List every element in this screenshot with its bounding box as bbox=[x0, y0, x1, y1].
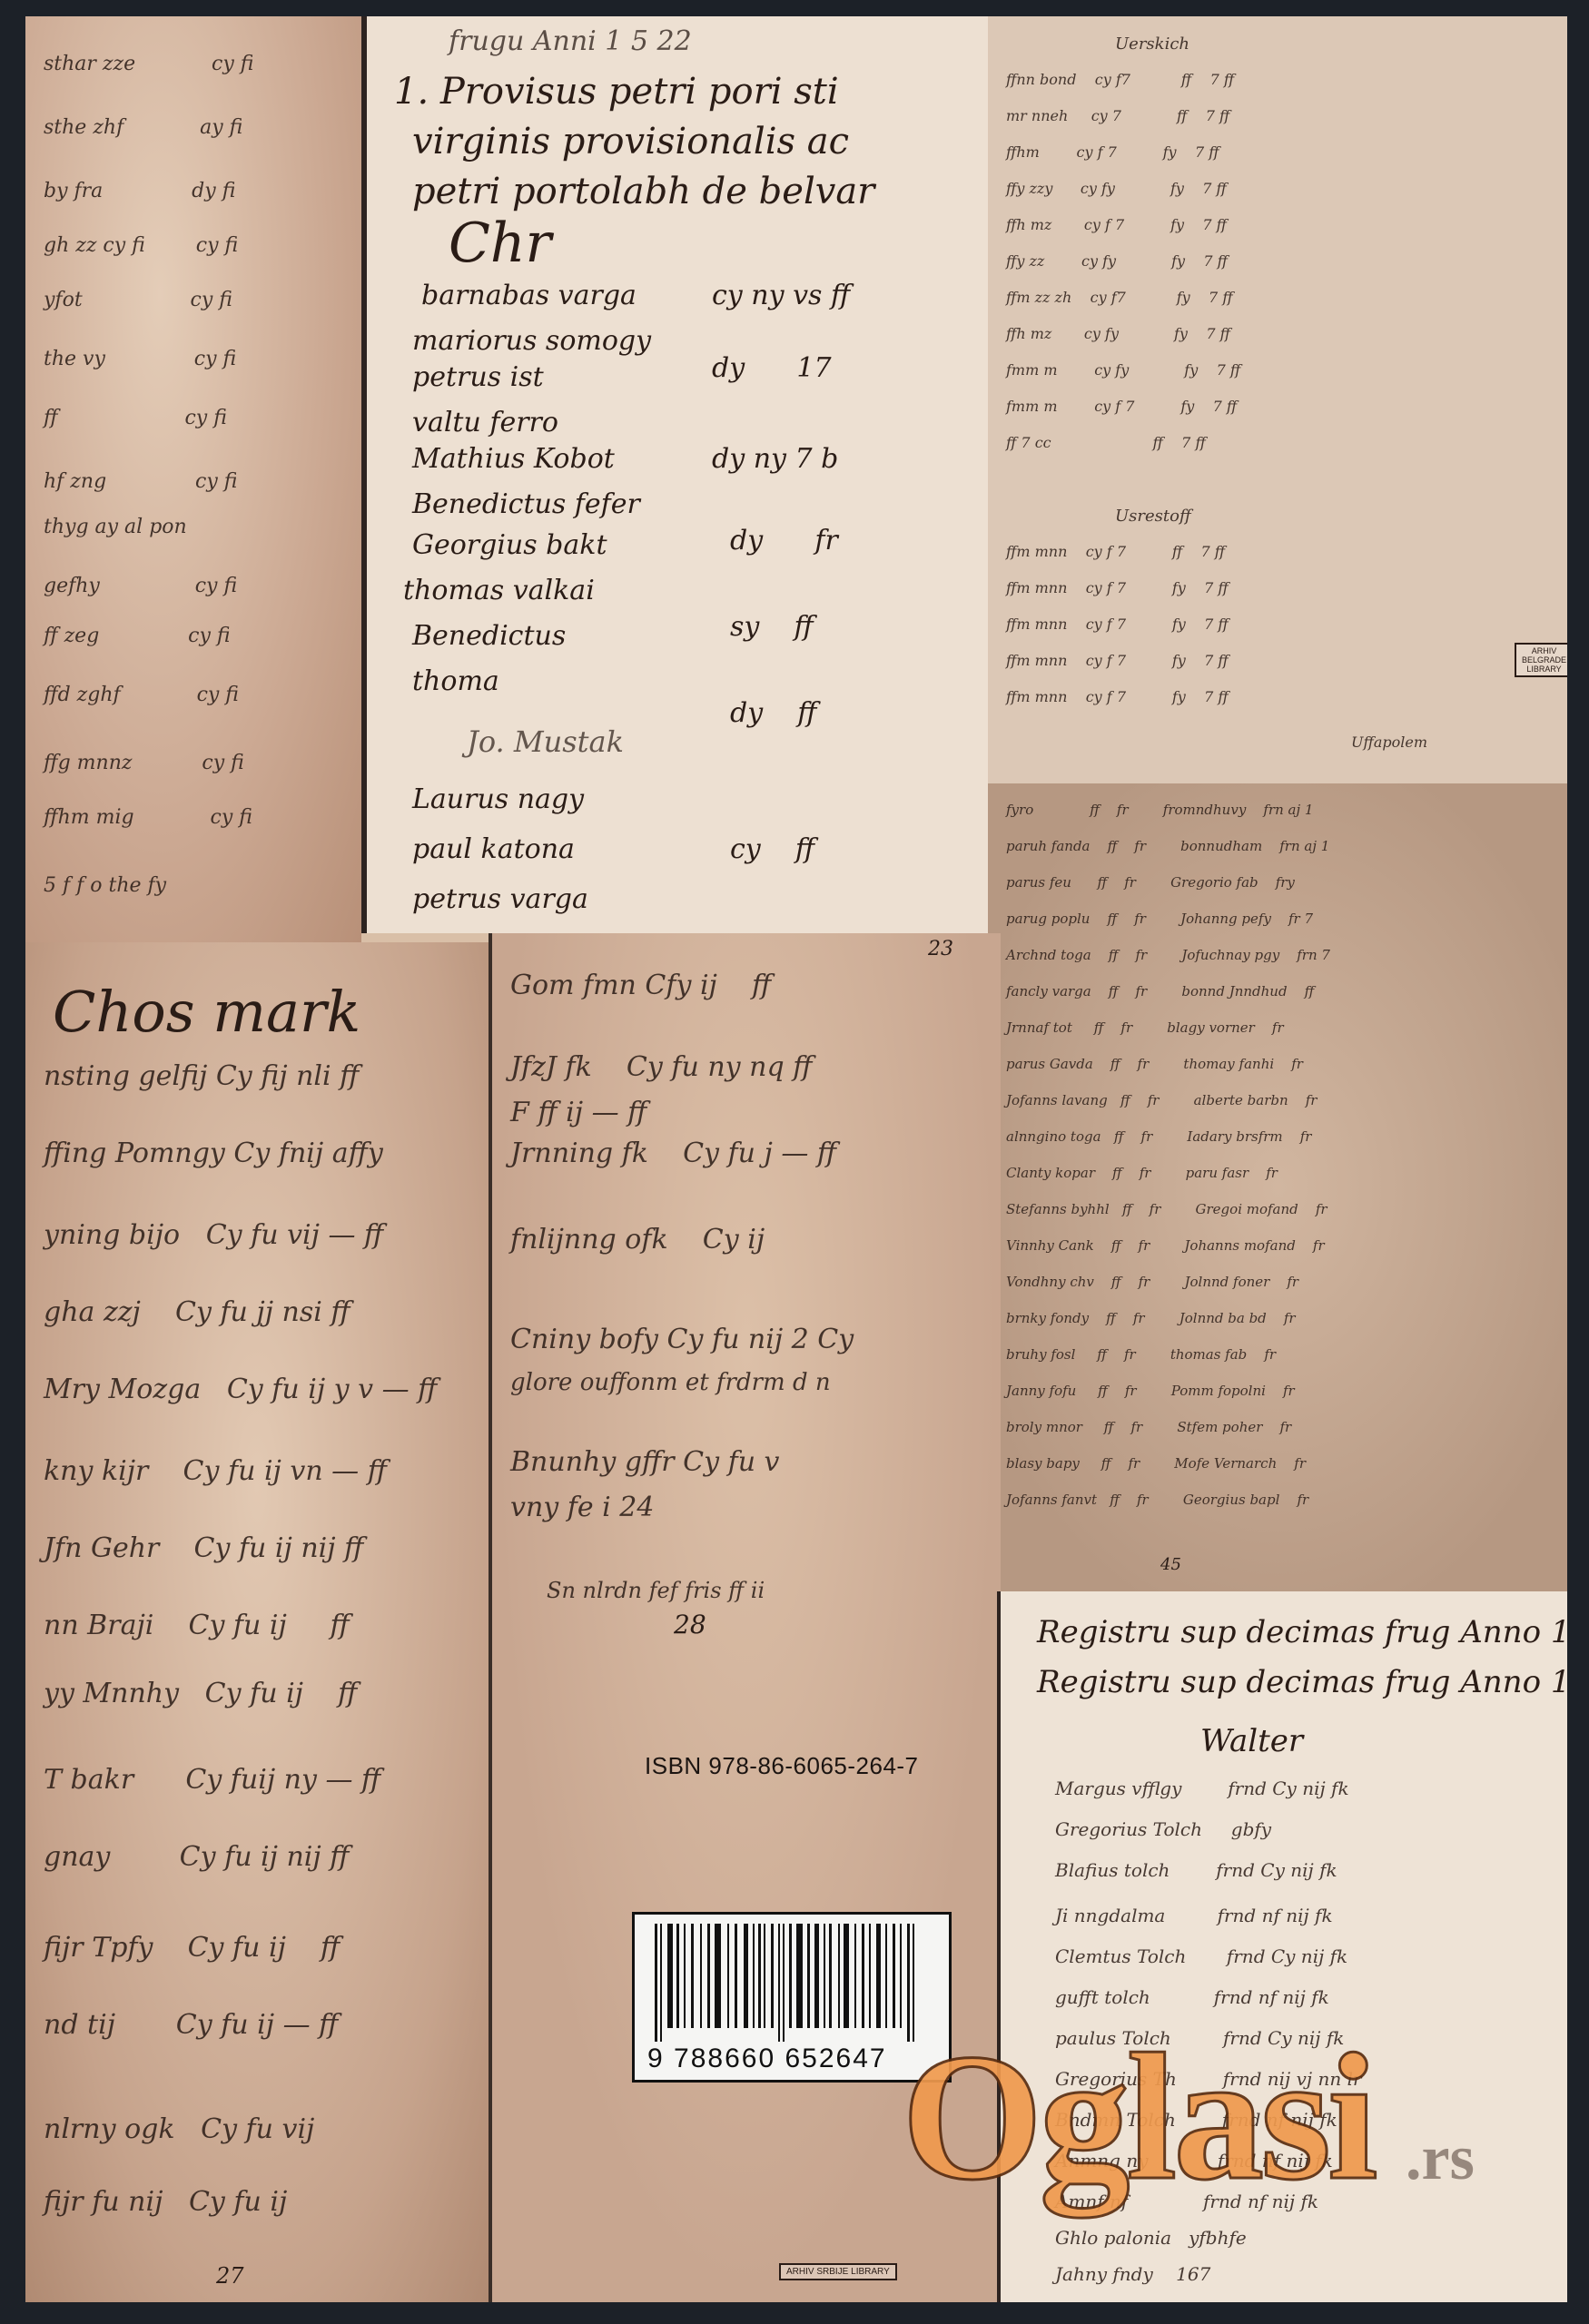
manuscript-title-line: Registru sup decimas frug Anno 15 21 bbox=[1037, 1664, 1567, 1700]
manuscript-entry: paul katona bbox=[412, 833, 575, 865]
book-back-cover: sthar zze cy fi sthe zhf ay fi by fra dy… bbox=[25, 16, 1567, 2302]
manuscript-heading: Chos mark bbox=[53, 979, 360, 1045]
manuscript-entry: Mathius Kobot bbox=[412, 443, 615, 475]
manuscript-entry: petrus varga bbox=[412, 883, 588, 915]
watermark-tld: .rs bbox=[1406, 2122, 1475, 2195]
manuscript-title-line: Registru sup decimas frug Anno 15 21 bbox=[1037, 1614, 1567, 1650]
manuscript-entry: petrus ist bbox=[412, 361, 544, 393]
manuscript-title-line: 1. Provisus petri pori sti bbox=[394, 71, 839, 113]
manuscript-entry: mariorus somogy bbox=[412, 325, 651, 357]
page-number: 27 bbox=[216, 2263, 244, 2289]
manuscript-heading: Walter bbox=[1200, 1723, 1303, 1759]
manuscript-entry: Benedictus bbox=[412, 620, 566, 652]
archive-stamp: ARHIV SRBIJE LIBRARY bbox=[779, 2263, 897, 2280]
archive-stamp: ARHIV BELGRADE LIBRARY bbox=[1515, 643, 1567, 677]
manuscript-entry: Georgius bakt bbox=[412, 529, 607, 561]
manuscript-entry: Jo. Mustak bbox=[467, 724, 624, 759]
manuscript-entry: thoma bbox=[412, 665, 499, 697]
watermark-logo: Oglasi bbox=[902, 2027, 1375, 2209]
barcode-bars bbox=[655, 1924, 927, 2042]
manuscript-title-line: virginis provisionalis ac bbox=[412, 121, 849, 162]
manuscript-entry: Laurus nagy bbox=[412, 783, 584, 815]
page-marker: 23 bbox=[928, 938, 953, 960]
page-number: 45 bbox=[1160, 1555, 1181, 1574]
manuscript-entry: Benedictus fefer bbox=[412, 488, 640, 520]
manuscript-heading: Chr bbox=[449, 212, 551, 275]
page-number: 28 bbox=[674, 1610, 706, 1640]
manuscript-left-top: sthar zze cy fi sthe zhf ay fi by fra dy… bbox=[25, 16, 361, 942]
manuscript-entry: barnabas varga bbox=[421, 280, 637, 311]
manuscript-right-top: Uerskich ffnn bond cy f7 ff 7 ff mr nneh… bbox=[988, 16, 1567, 788]
barcode-digits: 9 788660 652647 bbox=[647, 2043, 887, 2074]
manuscript-entry: valtu ferro bbox=[412, 407, 558, 438]
manuscript-center-top: frugu Anni 1 5 22 1. Provisus petri pori… bbox=[361, 16, 1002, 933]
manuscript-left-bottom: Chos mark nsting gelfij Cy fij nli ff ff… bbox=[25, 942, 489, 2302]
manuscript-entry: thomas valkai bbox=[403, 575, 595, 606]
manuscript-header: frugu Anni 1 5 22 bbox=[449, 25, 692, 57]
manuscript-title-line: petri portolabh de belvar bbox=[412, 171, 874, 212]
isbn-label: ISBN 978-86-6065-264-7 bbox=[645, 1752, 919, 1780]
manuscript-mid-right: fyro ff fr fromndhuvy frn aj 1 paruh fan… bbox=[988, 783, 1567, 1591]
